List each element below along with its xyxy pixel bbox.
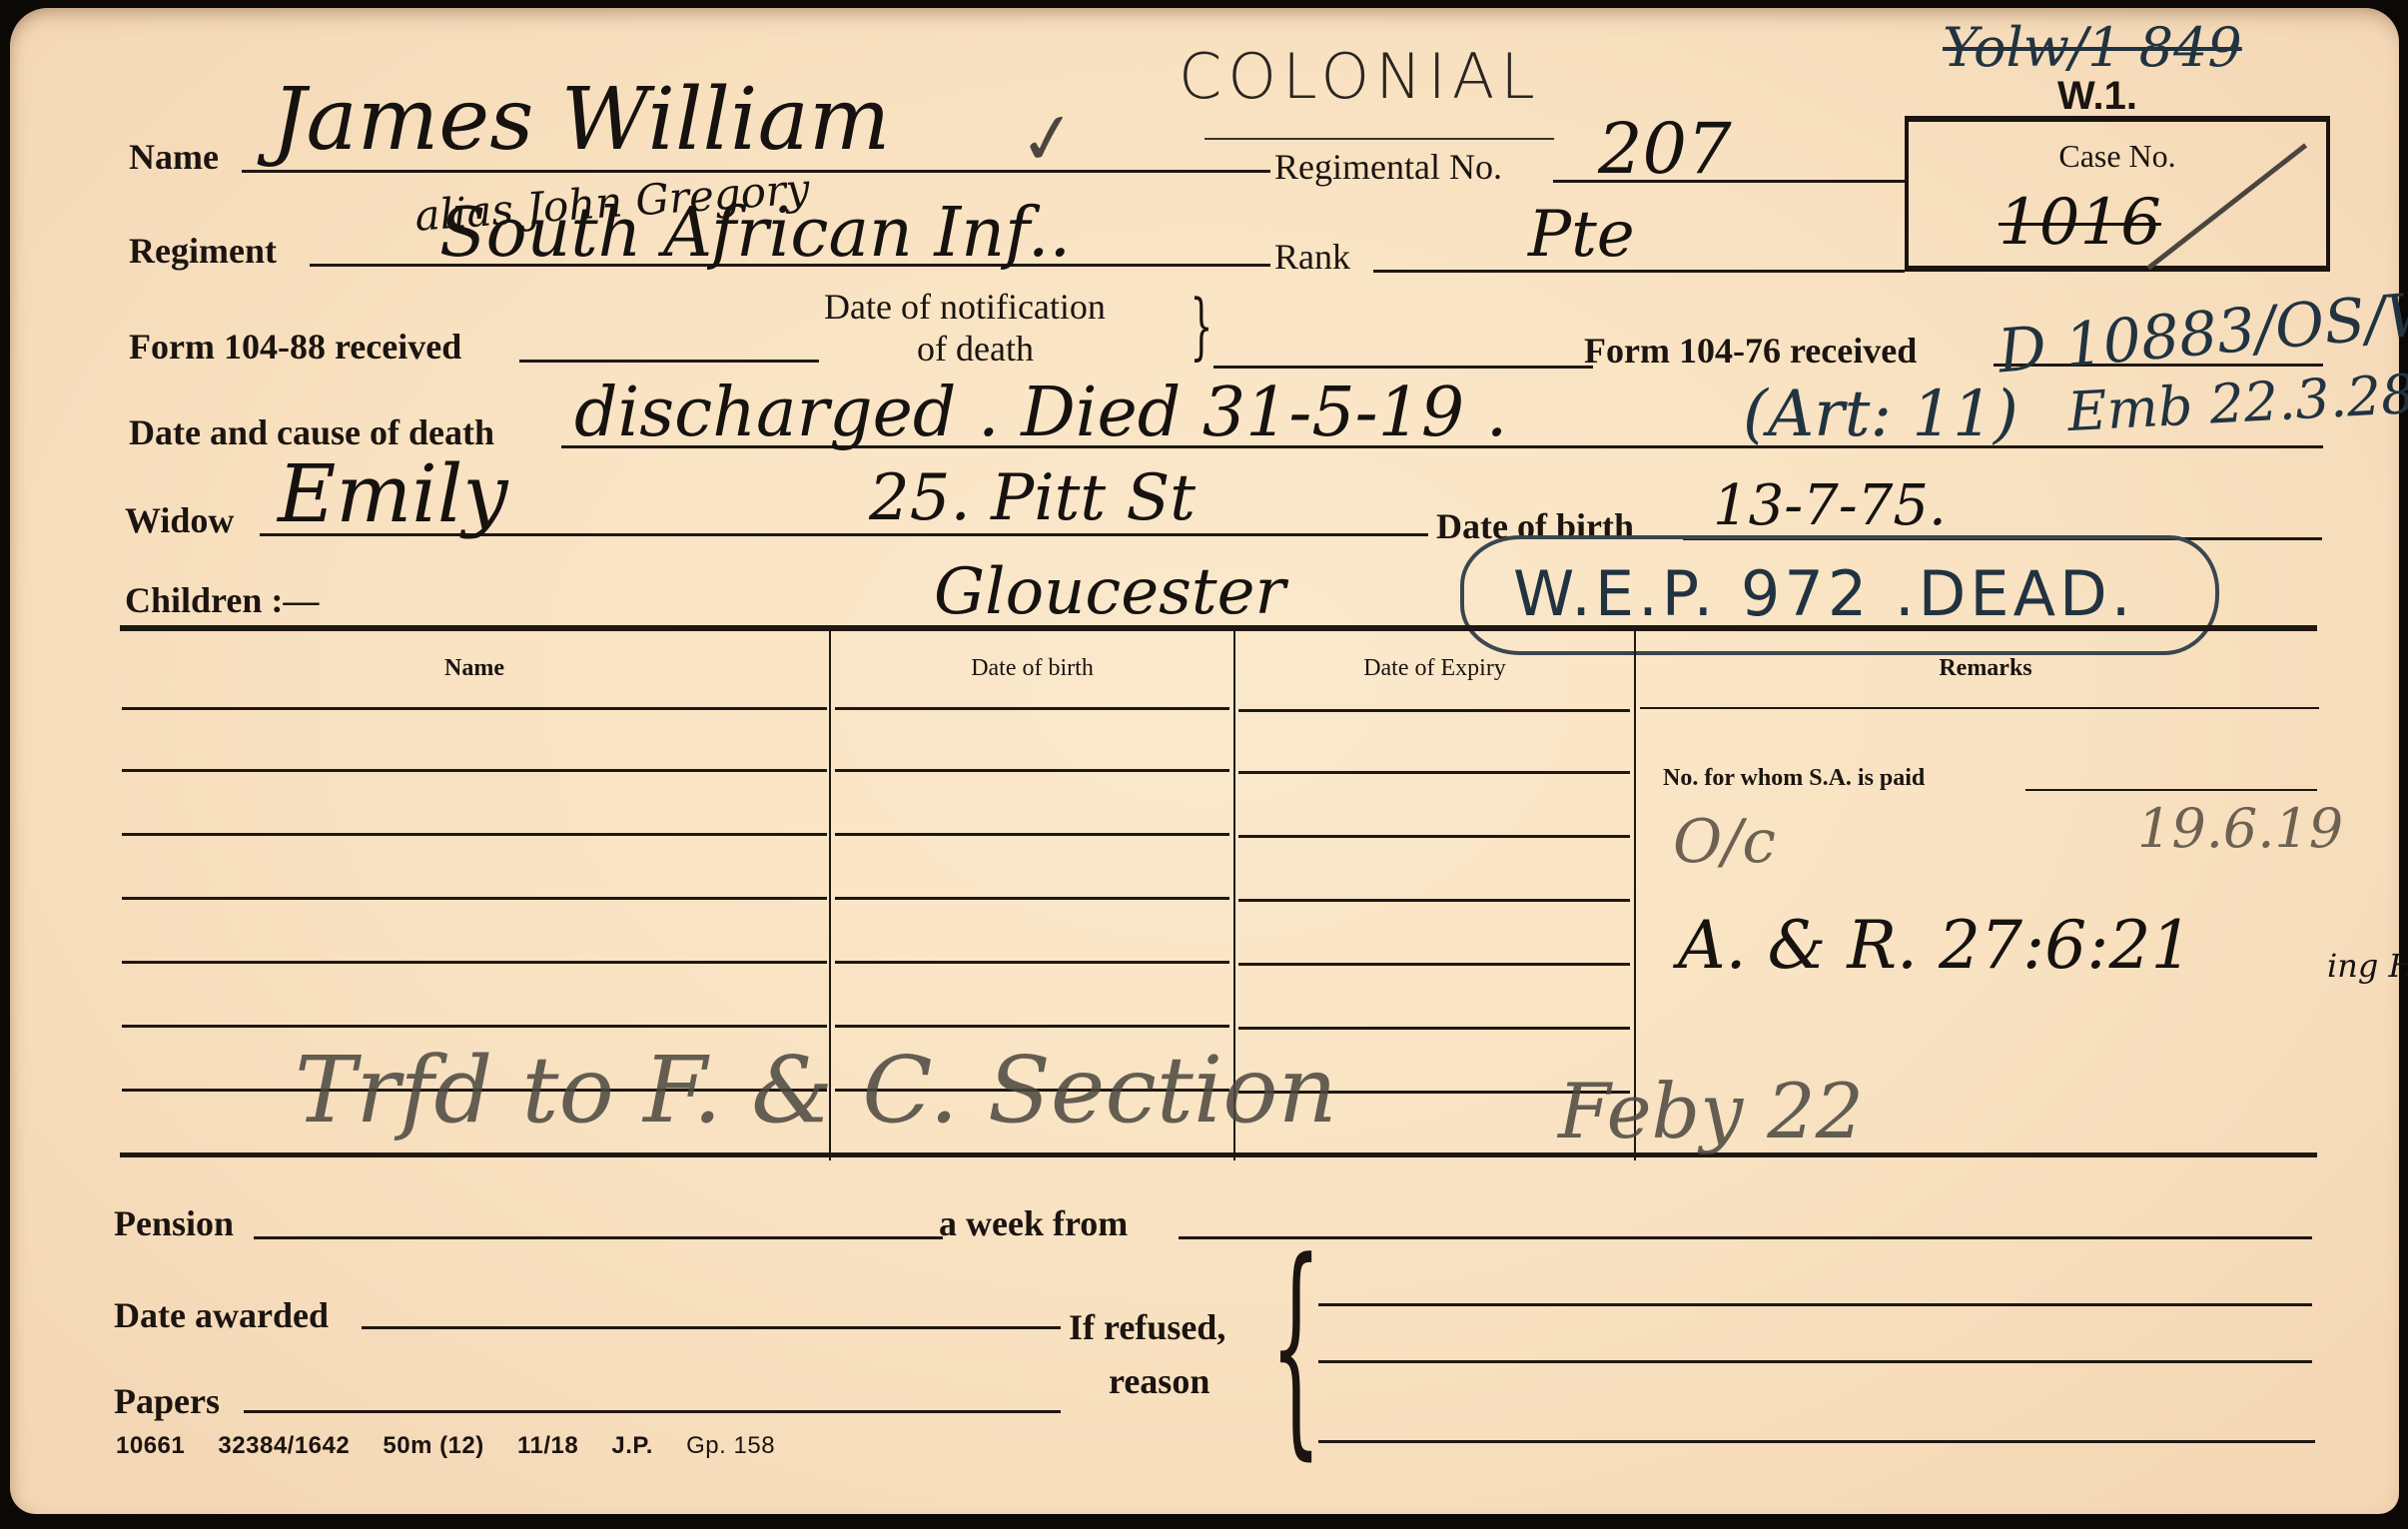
papers-line	[244, 1410, 1061, 1413]
case-number-box: Case No. 1016	[1905, 116, 2330, 272]
rank-value: Pte	[1528, 198, 1635, 272]
case-number-label: Case No.	[1909, 138, 2326, 175]
colonial-underline	[1204, 138, 1554, 140]
notification-label-2: of death	[917, 328, 1034, 370]
imprint-ref-2: 32384/1642	[218, 1432, 350, 1459]
death-note: (Art: 11)	[1743, 378, 2018, 451]
imprint-date: 11/18	[517, 1432, 578, 1459]
name-value: James William	[272, 70, 890, 170]
transfer-date: Feby 22	[1558, 1067, 1864, 1155]
rank-label: Rank	[1274, 236, 1350, 278]
ar-initials: ing H.	[2327, 947, 2408, 985]
case-number-value: 1016	[1999, 186, 2161, 260]
widow-address-line1: 25. Pitt St	[869, 461, 1196, 535]
widow-address-line2: Gloucester	[934, 555, 1285, 629]
sa-date-note: 19.6.19	[2137, 797, 2343, 860]
notification-label-1: Date of notification	[824, 286, 1106, 328]
widow-value: Emily	[278, 447, 508, 540]
form-104-88-line	[519, 360, 819, 363]
notification-line	[1213, 366, 1593, 369]
notification-brace: }	[1190, 284, 1212, 368]
date-cause-death-value: discharged . Died 31-5-19 .	[574, 374, 1507, 452]
transfer-note: Trfd to F. & C. Section	[295, 1037, 1337, 1144]
imprint-ref-3: 50m (12)	[383, 1432, 483, 1459]
table-top-rule	[120, 625, 2317, 631]
wep-stamp-text: W.E.P. 972 .DEAD.	[1513, 557, 2134, 630]
column-header-remarks: Remarks	[1636, 655, 2335, 682]
refused-line-1	[1318, 1303, 2312, 1306]
rank-line	[1373, 270, 1905, 273]
refused-brace: {	[1270, 1232, 1321, 1462]
week-from-label: a week from	[939, 1202, 1128, 1244]
date-awarded-label: Date awarded	[114, 1294, 329, 1336]
column-header-name: Name	[120, 655, 829, 682]
form-104-76-label: Form 104-76 received	[1584, 330, 1917, 372]
refused-line-3	[1318, 1440, 2315, 1443]
printer-imprint: 10661 32384/1642 50m (12) 11/18 J.P. Gp.…	[116, 1432, 801, 1460]
imprint-ref-1: 10661	[116, 1432, 185, 1459]
refused-line-2	[1318, 1360, 2312, 1363]
imprint-group: Gp. 158	[686, 1432, 775, 1459]
name-label: Name	[129, 136, 219, 178]
if-refused-label: If refused,	[1069, 1306, 1225, 1348]
struck-reference: Yolw/1 849	[1943, 16, 2242, 79]
pension-record-card: COLONIAL ✓ Yolw/1 849 W.1. Case No. 1016…	[10, 8, 2399, 1514]
table-bottom-rule	[120, 1152, 2317, 1157]
column-header-dob: Date of birth	[831, 655, 1233, 682]
sa-paid-line	[2025, 789, 2317, 791]
form-code: W.1.	[2057, 74, 2137, 119]
regiment-value: South African Inf..	[439, 194, 1071, 273]
form-104-88-label: Form 104-88 received	[129, 326, 461, 368]
pension-label: Pension	[114, 1202, 234, 1244]
children-label: Children :—	[125, 579, 319, 621]
pension-line	[254, 1236, 943, 1239]
regimental-no-value: 207	[1598, 108, 1732, 190]
widow-label: Widow	[125, 499, 234, 541]
column-header-expiry: Date of Expiry	[1235, 655, 1634, 682]
regiment-label: Regiment	[129, 230, 277, 272]
papers-label: Papers	[114, 1380, 220, 1422]
ar-note: A. & R. 27:6:21	[1678, 907, 2192, 984]
week-from-line	[1179, 1236, 2312, 1239]
oc-note: O/c	[1673, 807, 1776, 877]
date-of-birth-value: 13-7-75.	[1713, 473, 1947, 538]
date-awarded-line	[362, 1326, 1061, 1329]
regimental-no-label: Regimental No.	[1274, 146, 1502, 188]
reason-label: reason	[1109, 1360, 1209, 1402]
sa-paid-label: No. for whom S.A. is paid	[1663, 765, 1925, 792]
imprint-printer: J.P.	[611, 1432, 653, 1459]
colonial-annotation: COLONIAL	[1179, 40, 1541, 113]
